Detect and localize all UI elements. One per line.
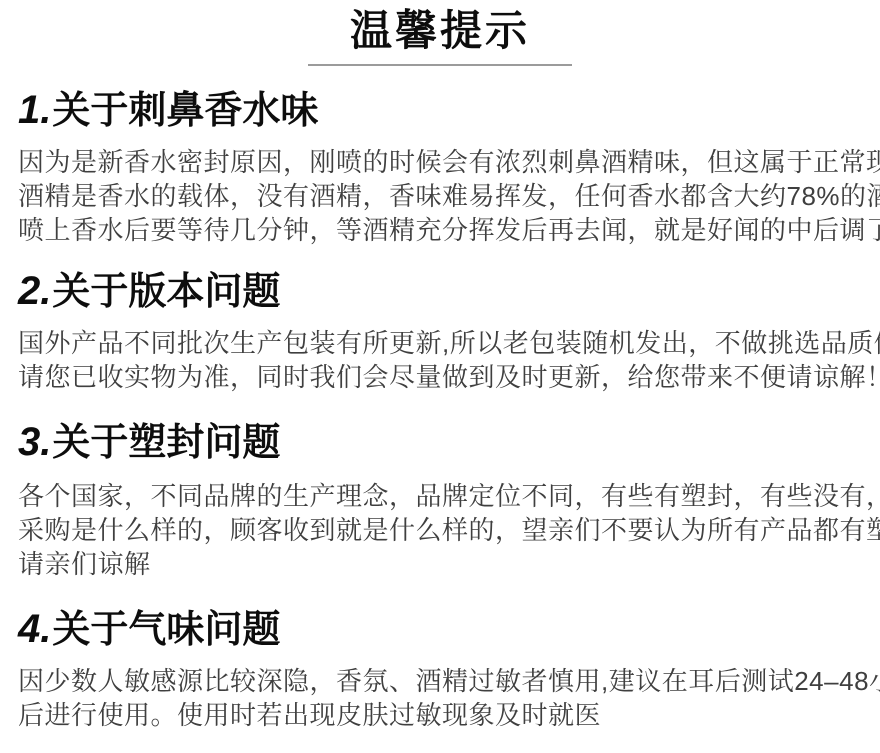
paragraph-line: 因为是新香水密封原因，刚喷的时候会有浓烈刺鼻酒精味，但这属于正常现象: [18, 145, 864, 179]
section-3-number: 3.: [18, 420, 52, 464]
section-1-number: 1.: [18, 88, 52, 132]
section-4-title: 关于气味问题: [52, 609, 280, 651]
paragraph-line: 后进行使用。使用时若出现皮肤过敏现象及时就医: [18, 698, 864, 732]
section-1-title: 关于刺鼻香水味: [52, 90, 318, 132]
section-version: 2.关于版本问题 国外产品不同批次生产包装有所更新,所以老包装随机发出，不做挑选…: [18, 267, 864, 394]
section-3-title: 关于塑封问题: [52, 422, 280, 464]
paragraph-line: 请亲们谅解: [18, 547, 864, 581]
paragraph-line: 酒精是香水的载体，没有酒精，香味难易挥发，任何香水都含大约78%的酒精: [18, 179, 864, 213]
section-perfume-smell: 1.关于刺鼻香水味 因为是新香水密封原因，刚喷的时候会有浓烈刺鼻酒精味，但这属于…: [18, 86, 864, 247]
section-3-heading: 3.关于塑封问题: [18, 418, 864, 467]
section-odor: 4.关于气味问题 因少数人敏感源比较深隐，香氛、酒精过敏者慎用,建议在耳后测试2…: [18, 605, 864, 732]
section-2-heading: 2.关于版本问题: [18, 267, 864, 316]
paragraph-line: 因少数人敏感源比较深隐，香氛、酒精过敏者慎用,建议在耳后测试24–48小时: [18, 664, 864, 698]
page-title: 温馨提示: [308, 6, 572, 66]
paragraph-line: 采购是什么样的，顾客收到就是什么样的，望亲们不要认为所有产品都有塑封。: [18, 513, 864, 547]
section-4-heading: 4.关于气味问题: [18, 605, 864, 654]
title-block: 温馨提示: [0, 0, 880, 66]
paragraph-line: 各个国家，不同品牌的生产理念，品牌定位不同，有些有塑封，有些没有，我们: [18, 479, 864, 513]
paragraph-line: 请您已收实物为准，同时我们会尽量做到及时更新，给您带来不便请谅解！: [18, 360, 864, 394]
section-4-number: 4.: [18, 607, 52, 651]
notice-content: 1.关于刺鼻香水味 因为是新香水密封原因，刚喷的时候会有浓烈刺鼻酒精味，但这属于…: [0, 86, 880, 732]
section-4-paragraph: 因少数人敏感源比较深隐，香氛、酒精过敏者慎用,建议在耳后测试24–48小时 后进…: [18, 664, 864, 732]
section-2-title: 关于版本问题: [52, 271, 280, 313]
section-shrink-wrap: 3.关于塑封问题 各个国家，不同品牌的生产理念，品牌定位不同，有些有塑封，有些没…: [18, 418, 864, 581]
section-1-heading: 1.关于刺鼻香水味: [18, 86, 864, 135]
section-1-paragraph: 因为是新香水密封原因，刚喷的时候会有浓烈刺鼻酒精味，但这属于正常现象 酒精是香水…: [18, 145, 864, 247]
section-2-paragraph: 国外产品不同批次生产包装有所更新,所以老包装随机发出，不做挑选品质保证 请您已收…: [18, 326, 864, 394]
section-2-number: 2.: [18, 269, 52, 313]
paragraph-line: 国外产品不同批次生产包装有所更新,所以老包装随机发出，不做挑选品质保证: [18, 326, 864, 360]
section-3-paragraph: 各个国家，不同品牌的生产理念，品牌定位不同，有些有塑封，有些没有，我们 采购是什…: [18, 479, 864, 581]
notice-page: 温馨提示 1.关于刺鼻香水味 因为是新香水密封原因，刚喷的时候会有浓烈刺鼻酒精味…: [0, 0, 880, 753]
paragraph-line: 喷上香水后要等待几分钟，等酒精充分挥发后再去闻，就是好闻的中后调了。: [18, 213, 864, 247]
